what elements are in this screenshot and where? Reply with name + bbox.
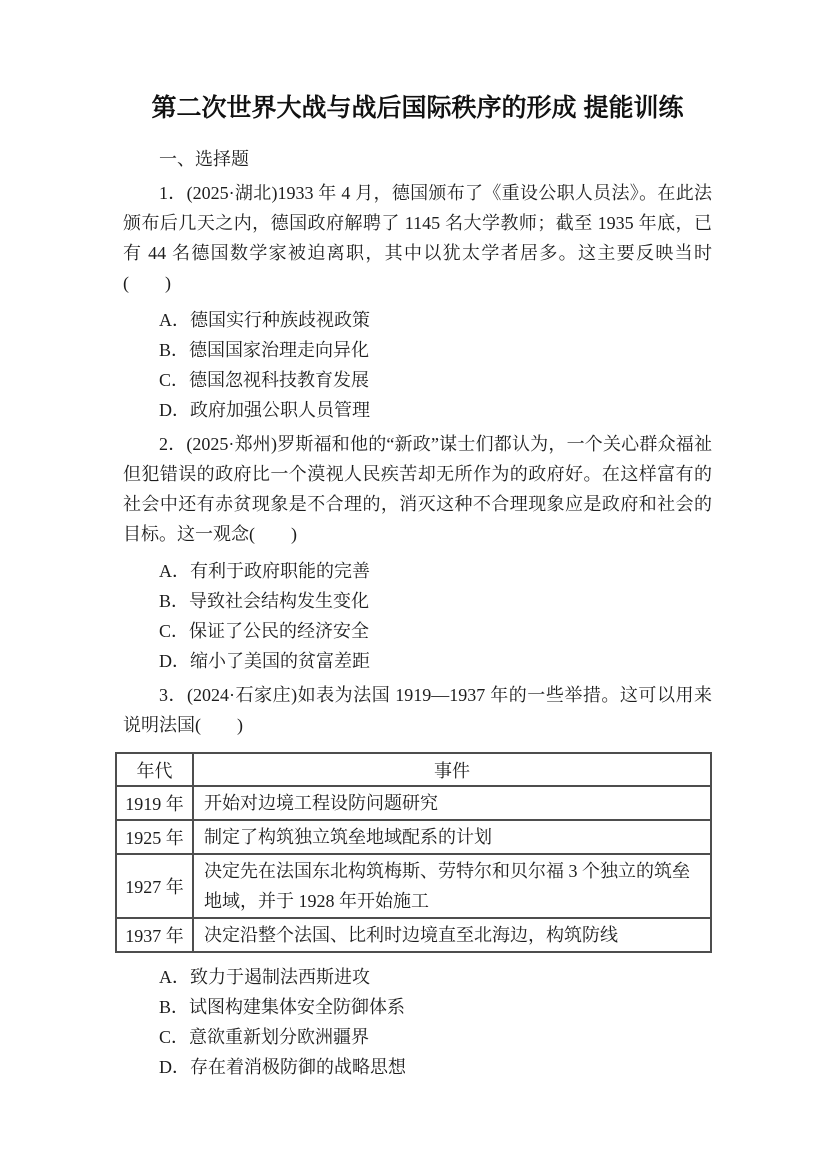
- table-cell-year: 1927 年: [116, 854, 193, 918]
- question-3-option-b: B．试图构建集体安全防御体系: [123, 992, 712, 1022]
- table-row: 1937 年 决定沿整个法国、比利时边境直至北海边，构筑防线: [116, 918, 711, 952]
- table-cell-year: 1919 年: [116, 786, 193, 820]
- table-cell-event: 决定沿整个法国、比利时边境直至北海边，构筑防线: [193, 918, 711, 952]
- question-3-option-c: C．意欲重新划分欧洲疆界: [123, 1022, 712, 1052]
- page-title: 第二次世界大战与战后国际秩序的形成 提能训练: [123, 92, 712, 124]
- question-3-stem: 3．(2024·石家庄)如表为法国 1919—1937 年的一些举措。这可以用来…: [123, 680, 712, 740]
- table-row: 1925 年 制定了构筑独立筑垒地域配系的计划: [116, 820, 711, 854]
- question-3-option-a: A．致力于遏制法西斯进攻: [123, 962, 712, 992]
- question-1-options: A．德国实行种族歧视政策 B．德国国家治理走向异化 C．德国忽视科技教育发展 D…: [123, 305, 712, 425]
- worksheet-page: 第二次世界大战与战后国际秩序的形成 提能训练 一、选择题 1．(2025·湖北)…: [0, 0, 827, 1082]
- question-3-option-d: D．存在着消极防御的战略思想: [123, 1052, 712, 1082]
- france-measures-table: 年代 事件 1919 年 开始对边境工程设防问题研究 1925 年 制定了构筑独…: [115, 752, 712, 953]
- question-2-options: A．有利于政府职能的完善 B．导致社会结构发生变化 C．保证了公民的经济安全 D…: [123, 556, 712, 676]
- table-cell-year: 1937 年: [116, 918, 193, 952]
- question-2-option-c: C．保证了公民的经济安全: [123, 616, 712, 646]
- table-header-event: 事件: [193, 753, 711, 786]
- question-2-option-d: D．缩小了美国的贫富差距: [123, 646, 712, 676]
- question-2-stem: 2．(2025·郑州)罗斯福和他的“新政”谋士们都认为，一个关心群众福祉但犯错误…: [123, 429, 712, 549]
- question-1-option-a: A．德国实行种族歧视政策: [123, 305, 712, 335]
- section-heading: 一、选择题: [123, 144, 712, 174]
- table-cell-year: 1925 年: [116, 820, 193, 854]
- question-3-options: A．致力于遏制法西斯进攻 B．试图构建集体安全防御体系 C．意欲重新划分欧洲疆界…: [123, 962, 712, 1082]
- question-2-option-b: B．导致社会结构发生变化: [123, 586, 712, 616]
- table-row: 1919 年 开始对边境工程设防问题研究: [116, 786, 711, 820]
- table-header-year: 年代: [116, 753, 193, 786]
- question-1-option-b: B．德国国家治理走向异化: [123, 335, 712, 365]
- question-1-option-c: C．德国忽视科技教育发展: [123, 365, 712, 395]
- table-cell-event: 制定了构筑独立筑垒地域配系的计划: [193, 820, 711, 854]
- table-cell-event: 开始对边境工程设防问题研究: [193, 786, 711, 820]
- question-1-stem: 1．(2025·湖北)1933 年 4 月，德国颁布了《重设公职人员法》。在此法…: [123, 178, 712, 298]
- table-cell-event: 决定先在法国东北构筑梅斯、劳特尔和贝尔福 3 个独立的筑垒地域，并于 1928 …: [193, 854, 711, 918]
- table-row: 1927 年 决定先在法国东北构筑梅斯、劳特尔和贝尔福 3 个独立的筑垒地域，并…: [116, 854, 711, 918]
- question-2-option-a: A．有利于政府职能的完善: [123, 556, 712, 586]
- question-1-option-d: D．政府加强公职人员管理: [123, 395, 712, 425]
- table-header-row: 年代 事件: [116, 753, 711, 786]
